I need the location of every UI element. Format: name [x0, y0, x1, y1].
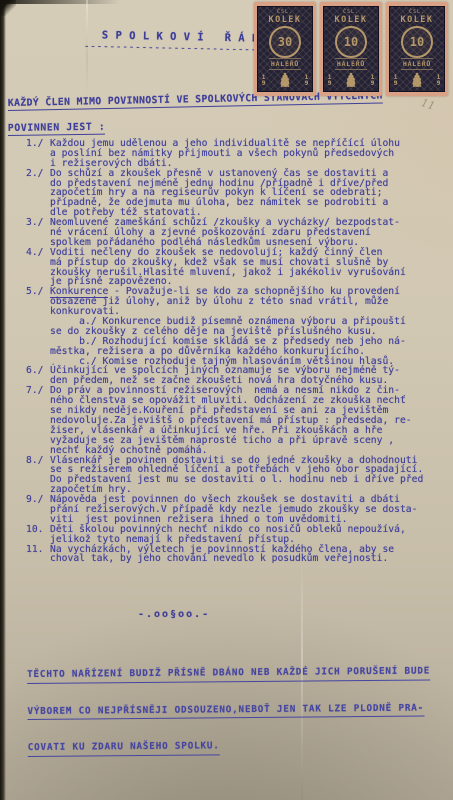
footer-line-wrap: COVATI KU ZDARU NAŠEHO SPOLKU. [28, 731, 448, 771]
stamp-year-row: 1919 [328, 71, 375, 89]
rule-item: 6./Účinkující ve spolcích jiných oznamuj… [26, 366, 446, 386]
stamp-year-right: 19 [436, 74, 440, 87]
footer-line-wrap: TĚCHTO NAŘÍZENÍ BUDIŽ PŘÍSNĚ DBÁNO NEB K… [27, 658, 447, 698]
rule-number: 4./ [26, 248, 50, 288]
stamp-unit: HALÉŘŮ [269, 58, 301, 70]
stamp-year-digit: 9 [436, 80, 440, 87]
rule-lines: Neomluvené zameškání schůzí /zkoušky a v… [50, 218, 446, 248]
stamp-year-digit: 9 [328, 80, 332, 87]
stamp-year-digit: 9 [304, 80, 308, 87]
stamp-title: KOLEK [268, 16, 301, 25]
document-page: S P O L K O V Í Ř Á D ------------------… [0, 0, 453, 800]
stamp-value-circle: 10 [335, 26, 367, 58]
stamp-value: 30 [278, 35, 292, 49]
rule-item: 5./Konkurence - Považuje-li se kdo za sc… [26, 287, 446, 366]
stamp-year-digit: 9 [370, 80, 374, 87]
rule-line: choval tak, by jeho chování nevedlo k po… [50, 554, 446, 564]
stamp-year-left: 19 [328, 74, 332, 87]
rule-lines: Účinkující ve spolcích jiných oznamuje s… [50, 366, 446, 386]
rule-number: 2./ [26, 169, 50, 218]
rule-lines: Na vycházkách, výletech je povinností ka… [50, 545, 446, 565]
rule-item: 4./Voditi nečleny do zkoušek se nedovolu… [26, 248, 446, 288]
bohemian-lion-icon [343, 71, 359, 89]
stamp-year-digit: 9 [262, 80, 266, 87]
footer-line: TĚCHTO NAŘÍZENÍ BUDIŽ PŘÍSNĚ DBÁNO NEB K… [27, 665, 430, 683]
rule-item: 8./Vlásenkář je povinen dostaviti se do … [26, 456, 446, 496]
footer-line-wrap: VÝBOREM CO NEJPŘÍSNĚJI ODSOUZENO,NEBOŤ J… [27, 695, 447, 735]
revenue-stamp: ČSL.KOLEK10HALÉŘŮ1919 [386, 2, 448, 96]
rule-number: 7./ [26, 386, 50, 455]
rule-item: 2./Do schůzí a zkoušek přesně v ustanove… [26, 169, 446, 218]
stamp-year-left: 19 [394, 74, 398, 87]
stamp-title: KOLEK [334, 16, 367, 25]
stamp-design: ČSL.KOLEK10HALÉŘŮ1919 [323, 6, 379, 92]
rule-number: 9./ [26, 495, 50, 525]
rule-item: 1./Každou jemu udělenou a jeho individua… [26, 139, 446, 169]
rule-number: 11. [26, 545, 50, 565]
pencil-mark: 11 [419, 96, 436, 113]
rule-number: 6./ [26, 366, 50, 386]
stamp-year-left: 19 [262, 74, 266, 87]
rule-number: 10. [26, 525, 50, 545]
footer-note: TĚCHTO NAŘÍZENÍ BUDIŽ PŘÍSNĚ DBÁNO NEB K… [27, 658, 448, 771]
paper-corner-shadow [0, 0, 16, 16]
rule-number: 5./ [26, 287, 50, 366]
rule-lines: Do práv a povinností režiserových nemá a… [50, 386, 446, 455]
stamp-year-row: 1919 [262, 71, 309, 89]
bohemian-lion-icon [277, 71, 293, 89]
revenue-stamp: ČSL.KOLEK10HALÉŘŮ1919 [320, 2, 382, 96]
rule-number: 1./ [26, 139, 50, 169]
stamp-design: ČSL.KOLEK10HALÉŘŮ1919 [389, 6, 445, 92]
rule-lines: Děti školou povinných nechť nikdo co nos… [50, 525, 446, 545]
heading-line-2: POVINNEN JEST : [8, 122, 106, 136]
bohemian-lion-icon [409, 71, 425, 89]
rule-lines: Do schůzí a zkoušek přesně v ustanovený … [50, 169, 446, 218]
stamp-value: 10 [344, 35, 358, 49]
rule-number: 3./ [26, 218, 50, 248]
footer-line: VÝBOREM CO NEJPŘÍSNĚJI ODSOUZENO,NEBOŤ J… [27, 702, 424, 720]
footer-line: COVATI KU ZDARU NAŠEHO SPOLKU. [28, 740, 220, 756]
stamp-value: 10 [410, 35, 424, 49]
stamps-row: ČSL.KOLEK30HALÉŘŮ1919ČSL.KOLEK10HALÉŘŮ19… [254, 2, 448, 96]
rule-number: 8./ [26, 456, 50, 496]
separator-ornament: -.oo§oo.- [138, 609, 210, 620]
rule-lines: Nápověda jest povinnen do všech zkoušek … [50, 495, 446, 525]
rule-item: 10.Děti školou povinných nechť nikdo co … [26, 525, 446, 545]
rule-lines: Vlásenkář je povinen dostaviti se do jed… [50, 456, 446, 496]
stamp-year-row: 1919 [394, 71, 441, 89]
stamp-value-circle: 10 [401, 26, 433, 58]
stamp-title: KOLEK [400, 16, 433, 25]
revenue-stamp: ČSL.KOLEK30HALÉŘŮ1919 [254, 2, 316, 96]
rule-item: 9./Nápověda jest povinnen do všech zkouš… [26, 495, 446, 525]
paper-edge-left [0, 0, 6, 800]
rule-item: 7./Do práv a povinností režiserových nem… [26, 386, 446, 455]
rule-lines: Každou jemu udělenou a jeho individualit… [50, 139, 446, 169]
stamp-value-circle: 30 [269, 26, 301, 58]
stamp-year-right: 19 [304, 74, 308, 87]
document-subheading: POVINNEN JEST : [8, 115, 106, 136]
stamp-unit: HALÉŘŮ [401, 58, 433, 70]
rule-item: 11.Na vycházkách, výletech je povinností… [26, 545, 446, 565]
rule-item: 3./Neomluvené zameškání schůzí /zkoušky … [26, 218, 446, 248]
stamp-year-right: 19 [370, 74, 374, 87]
paper-edge-top [0, 0, 120, 4]
stamp-year-digit: 9 [394, 80, 398, 87]
stamp-design: ČSL.KOLEK30HALÉŘŮ1919 [257, 6, 313, 92]
stamp-unit: HALÉŘŮ [335, 58, 367, 70]
rules-list: 1./Každou jemu udělenou a jeho individua… [26, 139, 446, 564]
rule-lines: Voditi nečleny do zkoušek se nedovolují;… [50, 248, 446, 288]
rule-lines: Konkurence - Považuje-li se kdo za schop… [50, 287, 446, 366]
